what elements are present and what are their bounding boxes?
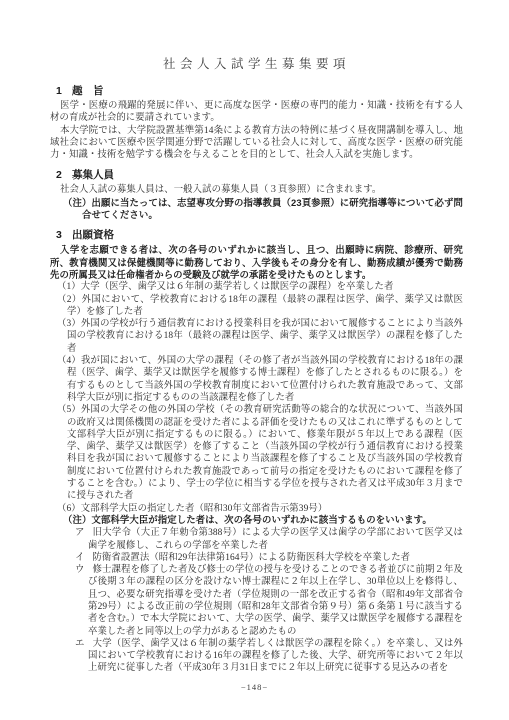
eligibility-item-1: （1）大学（医学、歯学又は６年制の薬学若しくは獣医学の課程）を卒業した者 [50,281,463,293]
eligibility-note: （注）文部科学大臣が指定した者は、次の各号のいずれかに該当するものをいいます。 [50,515,463,527]
eligibility-item-6: （6）文部科学大臣の指定した者（昭和30年文部省告示第39号） [50,503,463,515]
eligibility-item-4: （4）我が国において、外国の大学の課程（その修了者が当該外国の学校教育における1… [50,355,463,404]
section-number: 2 [56,168,72,182]
item-text: 外国において、学校教育における18年の課程（最終の課程は医学、歯学、薬学又は獣医… [67,295,463,317]
section-enrollment: 2募集人員 社会人入試の募集人員は、一般入試の募集人員（３頁参照）に含まれます。… [50,168,463,221]
eligibility-subitem-e: エ大学（医学、歯学又は６年制の薬学若しくは獣医学の課程を除く。）を卒業し、又は外… [50,638,463,675]
section-purpose: 1趣 旨 医学・医療の飛躍的発展に伴い、更に高度な医学・医療の専門的能力・知識・… [50,84,463,161]
purpose-paragraph-1: 医学・医療の飛躍的発展に伴い、更に高度な医学・医療の専門的能力・知識・技術を有す… [50,100,463,125]
item-label: （1） [57,282,81,292]
subitem-label: ア [75,528,85,538]
note-text: 出願に当たっては、志望専攻分野の指導教員（23頁参照）に研究指導等について必ず問… [82,197,463,220]
item-text: 文部科学大臣の指定した者（昭和30年文部省告示第39号） [81,504,328,514]
eligibility-subitem-i: イ防衛省設置法（昭和29年法律第164号）による防衛医科大学校を卒業した者 [50,552,463,564]
eligibility-item-3: （3）外国の学校が行う通信教育における授業科目を我が国において履修することにより… [50,318,463,355]
subitem-label: イ [75,553,84,563]
item-text: 我が国において、外国の大学の課程（その修了者が当該外国の学校教育における18年の… [67,356,463,403]
item-label: （3） [57,319,81,329]
eligibility-subitem-a: ア旧大学令（大正７年勅令第388号）による大学の医学又は歯学の学部において医学又… [50,527,463,552]
enrollment-note: （注）出願に当たっては、志望専攻分野の指導教員（23頁参照）に研究指導等について… [50,197,463,222]
section-heading-purpose: 1趣 旨 [50,84,463,98]
subitem-label: エ [75,639,85,649]
section-title: 趣 旨 [72,85,104,97]
eligibility-item-2: （2）外国において、学校教育における18年の課程（最終の課程は医学、歯学、薬学又… [50,294,463,319]
section-number: 3 [56,228,72,242]
note-label: （注） [63,516,91,526]
subitem-label: ウ [75,565,85,575]
section-number: 1 [56,84,72,98]
section-heading-eligibility: 3出願資格 [50,228,463,242]
section-heading-enrollment: 2募集人員 [50,168,463,182]
page-number: −148− [0,682,509,692]
section-title: 出願資格 [72,229,114,241]
item-text: 外国の大学その他の外国の学校（その教育研究活動等の総合的な状況について、当該外国… [67,405,463,501]
item-label: （2） [57,295,82,305]
eligibility-item-5: （5）外国の大学その他の外国の学校（その教育研究活動等の総合的な状況について、当… [50,404,463,502]
subitem-text: 修士課程を修了した者及び修士の学位の授与を受けることのできる者並びに前期２年及び… [88,565,463,636]
section-title: 募集人員 [72,169,114,181]
section-eligibility: 3出願資格 入学を志願できる者は、次の各号のいずれかに該当し、且つ、出願時に病院… [50,228,463,674]
eligibility-intro: 入学を志願できる者は、次の各号のいずれかに該当し、且つ、出願時に病院、診療所、研… [50,244,463,281]
item-text: 外国の学校が行う通信教育における授業科目を我が国において履修することにより当該外… [67,319,463,354]
document-content: 社会人入試学生募集要項 1趣 旨 医学・医療の飛躍的発展に伴い、更に高度な医学・… [0,0,509,675]
document-page: 社会人入試学生募集要項 1趣 旨 医学・医療の飛躍的発展に伴い、更に高度な医学・… [0,0,509,720]
subitem-text: 防衛省設置法（昭和29年法律第164号）による防衛医科大学校を卒業した者 [92,553,410,563]
subitem-text: 大学（医学、歯学又は６年制の薬学若しくは獣医学の課程を除く。）を卒業し、又は外国… [88,639,463,674]
purpose-paragraph-2: 本大学院では、大学院設置基準第14条による教育方法の特例に基づく昼夜開講制を導入… [50,125,463,162]
note-text: 文部科学大臣が指定した者は、次の各号のいずれかに該当するものをいいます。 [91,516,431,526]
note-label: （注） [63,197,92,208]
enrollment-paragraph: 社会人入試の募集人員は、一般入試の募集人員（３頁参照）に含まれます。 [50,184,463,196]
item-label: （5） [57,405,81,415]
item-label: （6） [57,504,81,514]
subitem-text: 旧大学令（大正７年勅令第388号）による大学の医学又は歯学の学部において医学又は… [88,528,463,550]
item-text: 大学（医学、歯学又は６年制の薬学若しくは獣医学の課程）を卒業した者 [81,282,394,292]
page-title: 社会人入試学生募集要項 [50,54,463,72]
item-label: （4） [57,356,81,366]
eligibility-subitem-u: ウ修士課程を修了した者及び修士の学位の授与を受けることのできる者並びに前期２年及… [50,564,463,638]
